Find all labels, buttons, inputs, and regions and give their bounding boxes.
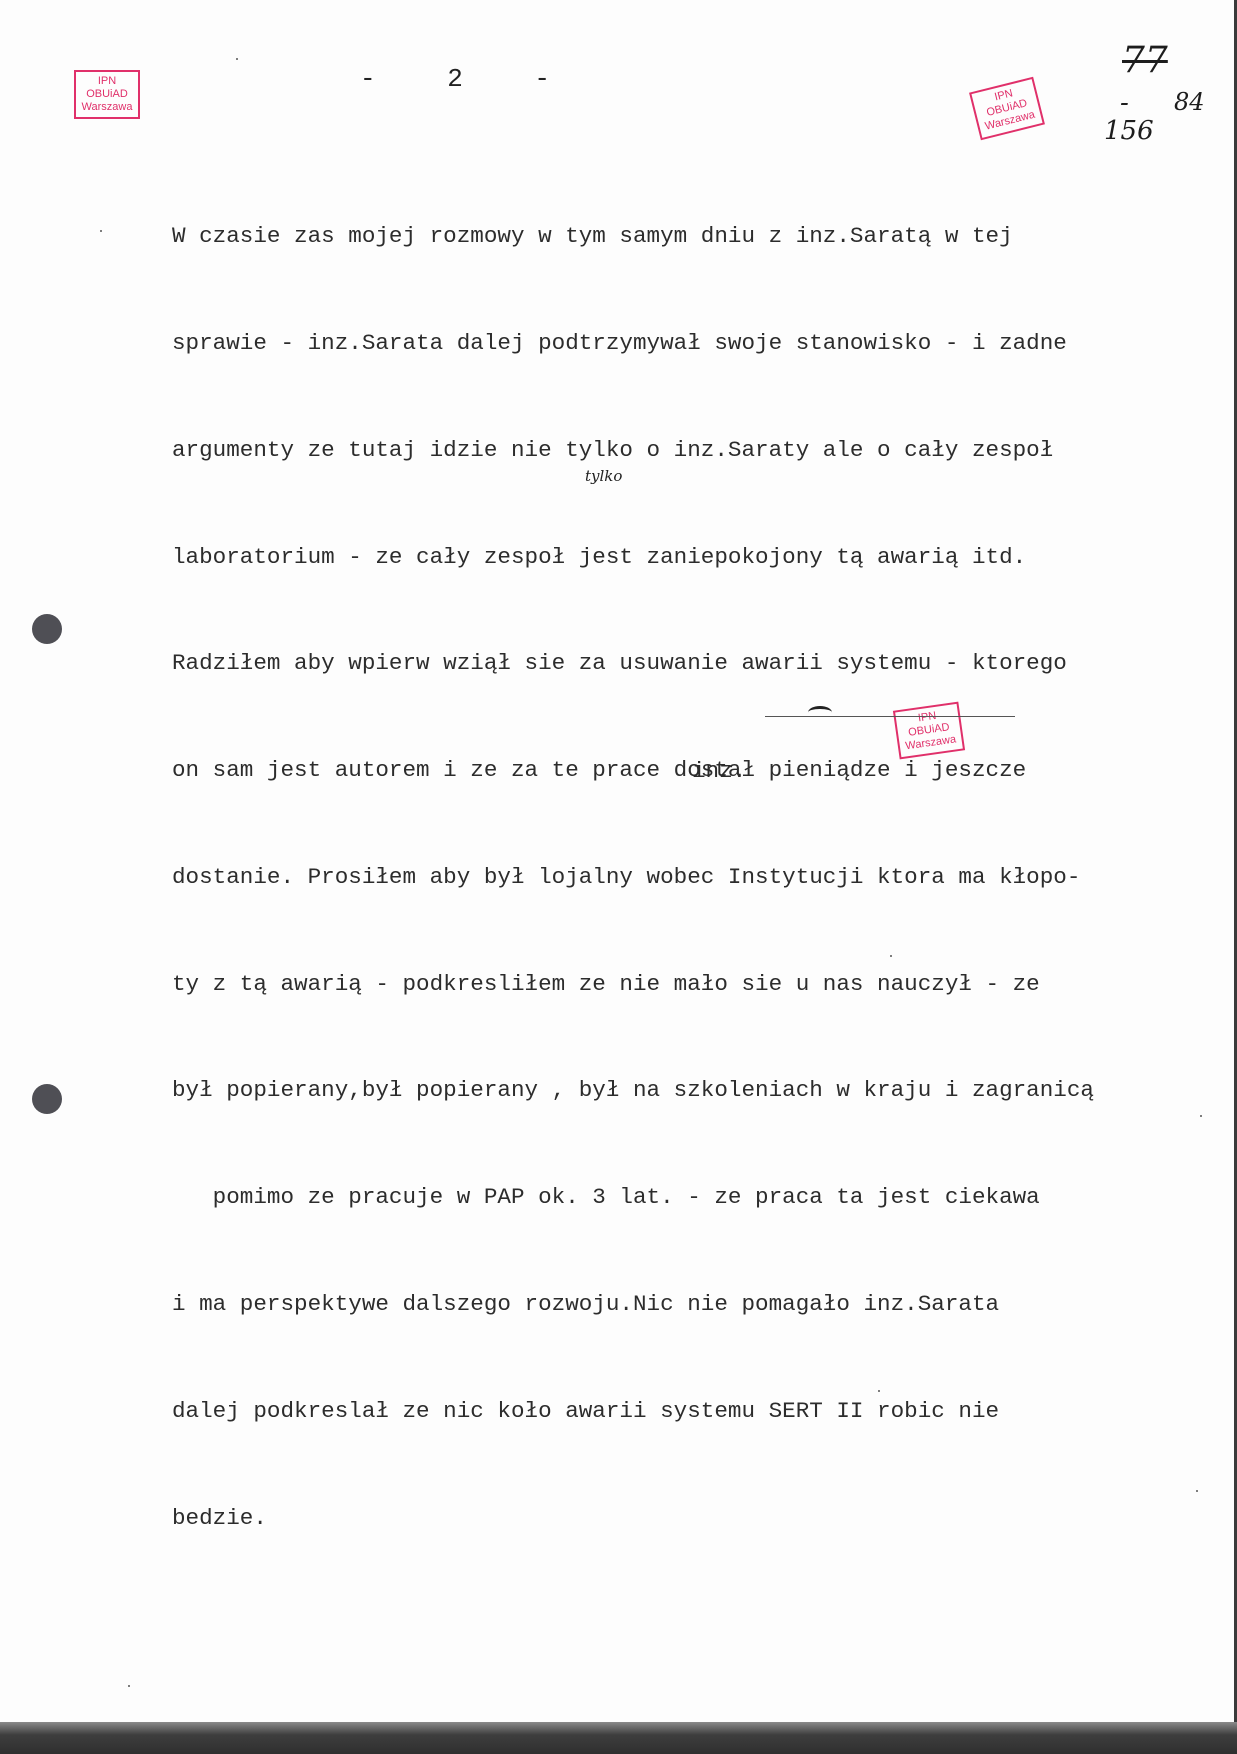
body-line: W czasie zas mojej rozmowy w tym samym d… <box>172 219 1232 255</box>
stamp-line: IPN <box>78 75 136 88</box>
folio-dash: - <box>1120 88 1129 118</box>
scan-bottom-edge <box>0 1722 1237 1754</box>
stamp-line: Warszawa <box>78 101 136 114</box>
signature-line <box>765 716 1015 717</box>
archive-stamp: IPN OBUiAD Warszawa <box>74 70 140 119</box>
handwritten-insertion: tylko <box>585 467 622 485</box>
body-line: bedzie. <box>172 1501 1232 1537</box>
body-line: dalej podkreslał ze nic koło awarii syst… <box>172 1394 1232 1430</box>
scan-speck <box>878 1390 880 1392</box>
scan-speck <box>1196 1490 1198 1492</box>
punch-hole-icon <box>32 614 62 644</box>
scan-speck <box>128 1685 130 1687</box>
document-page: - 2 - IPN OBUiAD Warszawa IPN OBUiAD War… <box>0 0 1237 1722</box>
scan-speck <box>100 230 102 232</box>
body-line: ty z tą awarią - podkresliłem ze nie mał… <box>172 967 1232 1003</box>
folio-number-primary: 156 <box>1104 116 1154 146</box>
folio-number-secondary: 84 <box>1174 88 1205 116</box>
scan-speck <box>1200 1115 1202 1117</box>
body-line: pomimo ze pracuje w PAP ok. 3 lat. - ze … <box>172 1180 1232 1216</box>
body-line: argumenty ze tutaj idzie nie tylko o inz… <box>172 433 1232 469</box>
body-line: sprawie - inz.Sarata dalej podtrzymywał … <box>172 326 1232 362</box>
scan-speck <box>236 58 238 60</box>
body-line: i ma perspektywe dalszego rozwoju.Nic ni… <box>172 1287 1232 1323</box>
body-line: dostanie. Prosiłem aby był lojalny wobec… <box>172 860 1232 896</box>
signature-label: inz. <box>692 758 746 784</box>
folio-number-struck: 77 <box>1122 40 1168 81</box>
page-number: - 2 - <box>360 64 578 94</box>
body-line: Radziłem aby wpierw wziął sie za usuwani… <box>172 646 1232 682</box>
signature-mark-icon <box>808 706 832 719</box>
scan-speck <box>1148 130 1150 132</box>
body-line: laboratorium - ze cały zespoł jest zanie… <box>172 540 1232 576</box>
archive-stamp: IPN OBUiAD Warszawa <box>969 77 1045 141</box>
body-line: był popierany,był popierany , był na szk… <box>172 1073 1232 1109</box>
stamp-line: OBUiAD <box>78 88 136 101</box>
scan-speck <box>890 955 892 957</box>
punch-hole-icon <box>32 1084 62 1114</box>
typewritten-body: W czasie zas mojej rozmowy w tym samym d… <box>172 148 1232 1607</box>
